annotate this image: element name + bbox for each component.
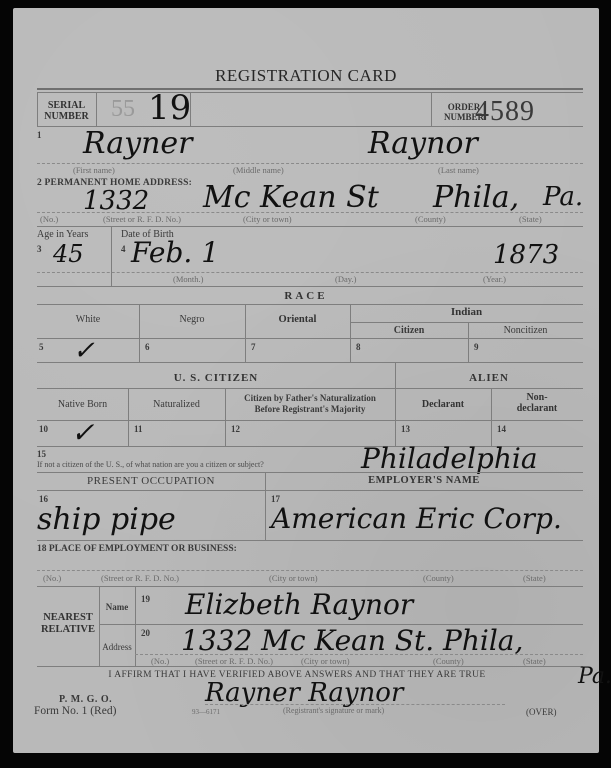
nondeclarant-label: Non- declarant [491, 392, 583, 414]
field-number-13: 13 [401, 424, 410, 434]
citizenship-label-rule [37, 420, 583, 421]
nondeclarant-line1: Non- [491, 392, 583, 403]
rule-after-address [37, 226, 583, 227]
card-title: REGISTRATION CARD [13, 66, 599, 86]
rule-before-race [37, 286, 583, 287]
caption-no: (No.) [40, 214, 58, 224]
field-number-6: 6 [145, 342, 150, 352]
serial-number-label: SERIAL NUMBER [37, 100, 96, 122]
rule-before-relative [37, 586, 583, 587]
race-label-rule [37, 338, 583, 339]
relative-caption-county: (County) [433, 656, 464, 666]
relative-address-value: 1332 Mc Kean St. Phila, [181, 624, 523, 657]
pmgo-label: P. M. G. O. [59, 694, 112, 705]
employment-caption-city: (City or town) [269, 573, 318, 583]
indian-subrule [350, 322, 583, 323]
field-number-7: 7 [251, 342, 256, 352]
rule-before-affirm [37, 666, 583, 667]
field-number-5: 5 [39, 342, 44, 352]
citizen-divider-1 [128, 388, 129, 446]
relative-name-value: Elizbeth Raynor [185, 588, 413, 621]
serial-stamped-digits: 55 [111, 96, 135, 123]
occupation-value: ship pipe [37, 502, 176, 537]
over-label: (OVER) [526, 707, 557, 717]
field-number-14: 14 [497, 424, 506, 434]
field-number-4: 4 [121, 244, 126, 254]
rule-after-nation [37, 472, 583, 473]
nation-question: If not a citizen of the U. S., of what n… [37, 460, 264, 469]
citizenship-heading-rule [37, 388, 583, 389]
native-born-label: Native Born [37, 399, 128, 410]
print-code: 93—6171 [192, 708, 220, 716]
age-value: 45 [53, 240, 84, 268]
race-oriental-label: Oriental [245, 314, 350, 325]
field-number-15: 15 [37, 449, 46, 459]
employment-caption-street: (Street or R. F. D. No.) [101, 573, 179, 583]
caption-city: (City or town) [243, 214, 292, 224]
race-indian-citizen-label: Citizen [350, 325, 468, 336]
caption-day: (Day.) [335, 274, 356, 284]
last-name-value: Raynor [368, 126, 478, 161]
order-number-value: 4589 [475, 96, 535, 128]
relative-caption-state: (State) [523, 656, 546, 666]
serial-handwritten-digits: 19 [148, 88, 191, 128]
father-naturalization-label: Citizen by Father's Naturalization Befor… [225, 393, 395, 415]
race-divider-1 [139, 304, 140, 362]
name-line [37, 163, 583, 164]
home-address-city: Phila, [433, 180, 519, 215]
field-number-19: 19 [141, 594, 150, 604]
nation-value: Philadelphia [361, 442, 538, 475]
employment-caption-county: (County) [423, 573, 454, 583]
top-rule-thin [37, 92, 583, 93]
employment-caption-state: (State) [523, 573, 546, 583]
caption-year: (Year.) [483, 274, 506, 284]
alien-heading: ALIEN [395, 372, 583, 384]
home-address-street: Mc Kean St [203, 180, 379, 215]
signature-caption: (Registrant's signature or mark) [283, 706, 384, 715]
caption-state: (State) [519, 214, 542, 224]
field-number-10: 10 [39, 424, 48, 434]
employer-value: American Eric Corp. [271, 502, 562, 535]
race-negro-label: Negro [139, 314, 245, 325]
caption-county: (County) [415, 214, 446, 224]
native-born-checkmark: ✓ [71, 416, 94, 449]
employment-address-line [37, 570, 583, 571]
employer-heading: EMPLOYER'S NAME [265, 475, 583, 486]
relative-name-label: Name [99, 602, 135, 612]
address-line [37, 212, 583, 213]
field-number-3: 3 [37, 244, 42, 254]
caption-middle-name: (Middle name) [233, 165, 284, 175]
relative-divider-1 [99, 586, 100, 666]
dob-line [37, 272, 583, 273]
place-of-employment-label: 18 PLACE OF EMPLOYMENT OR BUSINESS: [37, 544, 237, 554]
registration-card: REGISTRATION CARD SERIAL NUMBER 55 19 OR… [13, 8, 599, 753]
father-naturalization-line1: Citizen by Father's Naturalization [225, 393, 395, 404]
declarant-label: Declarant [395, 399, 491, 410]
race-heading-rule [37, 304, 583, 305]
race-indian-heading: Indian [350, 306, 583, 318]
race-white-label: White [37, 314, 139, 325]
serial-label-line1: SERIAL [37, 100, 96, 111]
dob-year: 1873 [493, 240, 559, 270]
occupation-employer-divider [265, 472, 266, 540]
race-heading: RACE [13, 290, 599, 302]
age-label: Age in Years [37, 229, 88, 240]
field-number-8: 8 [356, 342, 361, 352]
caption-first-name: (First name) [73, 165, 115, 175]
field-number-9: 9 [474, 342, 479, 352]
employment-caption-no: (No.) [43, 573, 61, 583]
nearest-relative-label: NEAREST RELATIVE [37, 612, 99, 636]
us-citizen-heading: U. S. CITIZEN [37, 372, 395, 384]
field-number-11: 11 [134, 424, 143, 434]
top-rule [37, 88, 583, 90]
relative-caption-city: (City or town) [301, 656, 350, 666]
occupation-heading-rule [37, 490, 583, 491]
serial-box-divider [96, 93, 97, 126]
age-divider [111, 226, 112, 286]
relative-caption-no: (No.) [151, 656, 169, 666]
relative-address-label: Address [99, 642, 135, 652]
field-number-20: 20 [141, 628, 150, 638]
naturalized-label: Naturalized [128, 399, 225, 410]
caption-month: (Month.) [173, 274, 203, 284]
home-address-state: Pa. [543, 182, 583, 212]
first-name-value: Rayner [83, 126, 193, 161]
field-number-12: 12 [231, 424, 240, 434]
nearest-relative-line2: RELATIVE [37, 624, 99, 636]
dob-month-day: Feb. 1 [131, 236, 219, 269]
relative-address-line [135, 654, 583, 655]
race-indian-noncitizen-label: Noncitizen [468, 325, 583, 336]
rule-after-race [37, 362, 583, 363]
father-naturalization-line2: Before Registrant's Majority [225, 404, 395, 415]
field-number-1: 1 [37, 130, 42, 140]
serial-label-line2: NUMBER [37, 111, 96, 122]
race-divider-2 [245, 304, 246, 362]
order-box-left [431, 93, 432, 126]
caption-street: (Street or R. F. D. No.) [103, 214, 181, 224]
caption-last-name: (Last name) [438, 165, 479, 175]
nearest-relative-line1: NEAREST [37, 612, 99, 624]
relative-address-state: Pa. [578, 664, 611, 689]
relative-caption-street: (Street or R. F. D. No.) [195, 656, 273, 666]
form-number: Form No. 1 (Red) [34, 705, 116, 717]
occupation-heading: PRESENT OCCUPATION [37, 475, 265, 487]
signature-line [205, 704, 505, 705]
nondeclarant-line2: declarant [491, 403, 583, 414]
rule-after-occupation [37, 540, 583, 541]
